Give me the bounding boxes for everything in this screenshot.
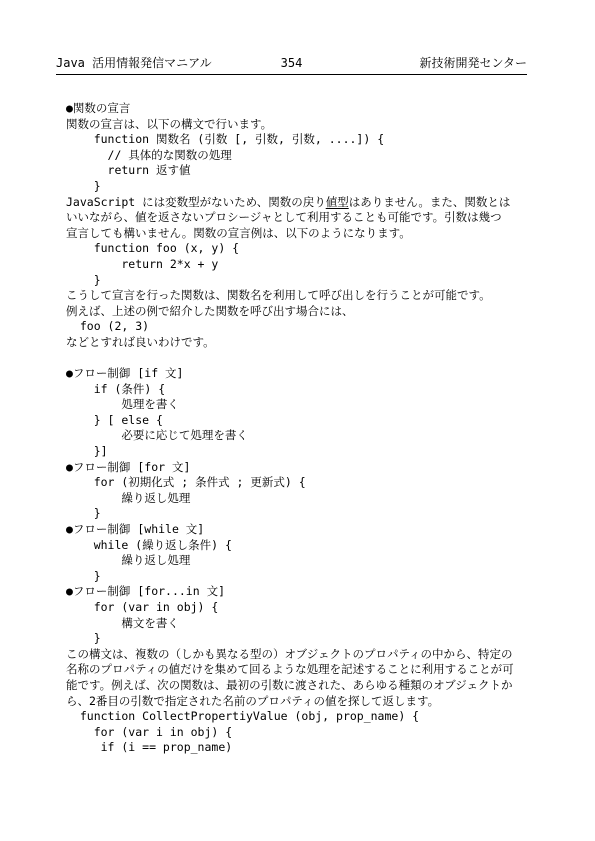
body-text-line: 宣言しても構いません。関数の宣言例は、以下のようになります。 <box>66 226 566 242</box>
code-line: for (初期化式 ; 条件式 ; 更新式) { <box>66 475 566 491</box>
code-line: while (繰り返し条件) { <box>66 538 566 554</box>
code-line: } <box>66 179 566 195</box>
header-organization: 新技術開発センター <box>419 55 527 71</box>
section-heading: ●フロー制御 [while 文] <box>66 522 566 538</box>
body-text-line: この構文は、複数の（しかも異なる型の）オブジェクトのプロパティの中から、特定の <box>66 647 566 663</box>
code-line: } <box>66 273 566 289</box>
code-line: return 2*x + y <box>66 257 566 273</box>
text-segment: はありません。また、関数とは <box>349 195 511 209</box>
body-text-line: 能です。例えば、次の関数は、最初の引数に渡された、あらゆる種類のオブジェクトか <box>66 678 566 694</box>
code-line: function CollectPropertiyValue (obj, pro… <box>66 709 566 725</box>
code-line: 処理を書く <box>66 397 566 413</box>
body-text-line: いいながら、値を返さないプロシージャとして利用することも可能です。引数は幾つ <box>66 210 566 226</box>
code-line: 繰り返し処理 <box>66 553 566 569</box>
body-text-line: JavaScript には変数型がないため、関数の戻り値型はありません。また、関… <box>66 195 566 211</box>
body-text-line: などとすれば良いわけです。 <box>66 335 566 351</box>
section-heading: ●関数の宣言 <box>66 101 566 117</box>
underlined-term: 値型 <box>326 195 349 209</box>
code-line: for (var i in obj) { <box>66 725 566 741</box>
body-text-line: ら、2番目の引数で指定された名前のプロパティの値を探して返します。 <box>66 694 566 710</box>
body-text-line: こうして宣言を行った関数は、関数名を利用して呼び出しを行うことが可能です。 <box>66 288 566 304</box>
code-line: foo (2, 3) <box>66 319 566 335</box>
code-line: if (i == prop_name) <box>66 740 566 756</box>
code-line: } <box>66 506 566 522</box>
header-document-title: Java 活用情報発信マニアル <box>56 55 212 71</box>
section-heading: ●フロー制御 [for...in 文] <box>66 584 566 600</box>
code-line: 構文を書く <box>66 616 566 632</box>
code-line: // 具体的な関数の処理 <box>66 148 566 164</box>
section-heading: ●フロー制御 [for 文] <box>66 460 566 476</box>
text-segment: JavaScript には変数型がないため、関数の戻り <box>66 195 326 209</box>
blank-line <box>66 351 566 367</box>
header-page-number: 354 <box>281 55 303 71</box>
body-text-line: 名称のプロパティの値だけを集めて回るような処理を記述することに利用することが可 <box>66 662 566 678</box>
code-line: }] <box>66 444 566 460</box>
code-line: } <box>66 631 566 647</box>
body-text-line: 例えば、上述の例で紹介した関数を呼び出す場合には、 <box>66 304 566 320</box>
code-line: return 返す値 <box>66 163 566 179</box>
code-line: for (var in obj) { <box>66 600 566 616</box>
code-line: function foo (x, y) { <box>66 241 566 257</box>
code-line: 必要に応じて処理を書く <box>66 428 566 444</box>
section-heading: ●フロー制御 [if 文] <box>66 366 566 382</box>
page-header: Java 活用情報発信マニアル 354 新技術開発センター <box>56 53 527 75</box>
body-text-line: 関数の宣言は、以下の構文で行います。 <box>66 117 566 133</box>
code-line: } <box>66 569 566 585</box>
code-line: 繰り返し処理 <box>66 491 566 507</box>
code-line: if (条件) { <box>66 382 566 398</box>
code-line: function 関数名 (引数 [, 引数, 引数, ....]) { <box>66 132 566 148</box>
document-body: ●関数の宣言関数の宣言は、以下の構文で行います。 function 関数名 (引… <box>66 101 566 756</box>
document-page: Java 活用情報発信マニアル 354 新技術開発センター ●関数の宣言関数の宣… <box>0 0 595 841</box>
code-line: } [ else { <box>66 413 566 429</box>
